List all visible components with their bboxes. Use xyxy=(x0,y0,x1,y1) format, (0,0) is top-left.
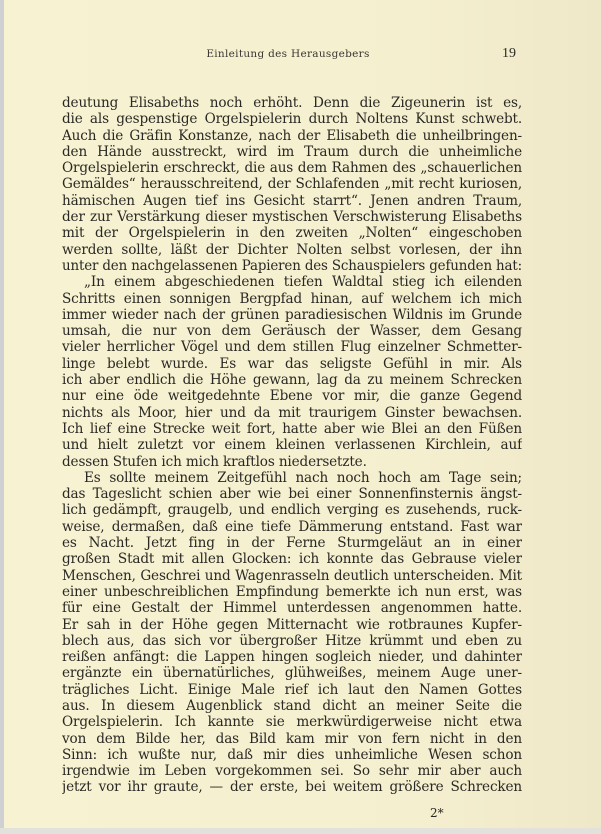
text-line: Sinn: ich wußte nur, daß mir dies unheim… xyxy=(62,747,522,763)
text-line: umsah, die nur von dem Geräusch der Wass… xyxy=(62,323,522,339)
text-line: aus. In diesem Augenblick stand dicht an… xyxy=(62,698,522,714)
signature-mark: 2* xyxy=(430,806,444,820)
text-line: das Tageslicht schien aber wie bei einer… xyxy=(62,486,522,502)
text-line: großen Stadt mit allen Glocken: ich konn… xyxy=(62,551,522,567)
text-line: jetzt vor ihr graute, — der erste, bei w… xyxy=(62,779,522,795)
text-line: nur eine öde weitgedehnte Ebene vor mir,… xyxy=(62,388,522,404)
text-line: „In einem abgeschiedenen tiefen Waldtal … xyxy=(62,274,522,290)
text-line: Gemäldes“ herausschreitend, der Schlafen… xyxy=(62,176,522,192)
text-line: mit der Orgelspielerin in den zweiten „N… xyxy=(62,225,522,241)
text-line: den Hände ausstreckt, wird im Traum durc… xyxy=(62,144,522,160)
text-line: für eine Gestalt der Himmel unterdessen … xyxy=(62,600,522,616)
text-line: Ich lief eine Strecke weit fort, hatte a… xyxy=(62,421,522,437)
text-line: dessen Stufen ich mich kraftlos niederse… xyxy=(62,454,522,470)
text-line: deutung Elisabeths noch erhöht. Denn die… xyxy=(62,95,522,111)
text-line: es Nacht. Jetzt fing in der Ferne Sturmg… xyxy=(62,535,522,551)
text-line: und hielt zuletzt vor einem kleinen verl… xyxy=(62,437,522,453)
text-line: von dem Bilde her, das Bild kam mir von … xyxy=(62,731,522,747)
text-line: weise, dermaßen, daß eine tiefe Dämmerun… xyxy=(62,519,522,535)
text-line: unter den nachgelassenen Papieren des Sc… xyxy=(62,258,522,274)
text-line: Er sah in der Höhe gegen Mitternacht wie… xyxy=(62,617,522,633)
body-text: deutung Elisabeths noch erhöht. Denn die… xyxy=(62,95,522,796)
text-line: einer unbeschreiblichen Empfindung bemer… xyxy=(62,584,522,600)
text-line: trägliches Licht. Einige Male rief ich l… xyxy=(62,682,522,698)
text-line: Schritts einen sonnigen Bergpfad hinan, … xyxy=(62,291,522,307)
page-number: 19 xyxy=(502,46,516,62)
text-line: Orgelspielerin erschreckt, die aus dem R… xyxy=(62,160,522,176)
text-line: blech aus, das sich vor übergroßer Hitze… xyxy=(62,633,522,649)
text-line: vieler herrlicher Vögel und dem stillen … xyxy=(62,339,522,355)
text-line: Orgelspielerin. Ich kannte sie merkwürdi… xyxy=(62,714,522,730)
text-line: Es sollte meinem Zeitgefühl nach noch ho… xyxy=(62,470,522,486)
running-title: Einleitung des Herausgebers xyxy=(58,48,518,60)
text-line: irgendwie im Leben vorgekommen sei. So s… xyxy=(62,763,522,779)
text-line: Menschen, Geschrei und Wagenrasseln deut… xyxy=(62,568,522,584)
text-line: werden sollte, läßt der Dichter Nolten s… xyxy=(62,242,522,258)
text-line: die als gespenstige Orgelspielerin durch… xyxy=(62,111,522,127)
text-line: reißen anfängt: die Lappen hingen soglei… xyxy=(62,649,522,665)
text-line: hämischen Augen tief ins Gesicht starrt“… xyxy=(62,193,522,209)
text-line: immer wieder nach der grünen paradiesisc… xyxy=(62,307,522,323)
page-header: Einleitung des Herausgebers 19 xyxy=(58,46,518,64)
text-line: linge belebt wurde. Es war das seligste … xyxy=(62,356,522,372)
text-line: ergänzte ein übernatürliches, glühweißes… xyxy=(62,665,522,681)
text-line: Auch die Gräfin Konstanze, nach der Elis… xyxy=(62,128,522,144)
text-line: der zur Verstärkung dieser mystischen Ve… xyxy=(62,209,522,225)
page-bottom-edge xyxy=(0,828,601,834)
text-line: nichts als Moor, hier und da mit traurig… xyxy=(62,405,522,421)
text-line: ich aber endlich die Höhe gewann, lag da… xyxy=(62,372,522,388)
text-line: lich gedämpft, graugelb, und endlich ver… xyxy=(62,502,522,518)
